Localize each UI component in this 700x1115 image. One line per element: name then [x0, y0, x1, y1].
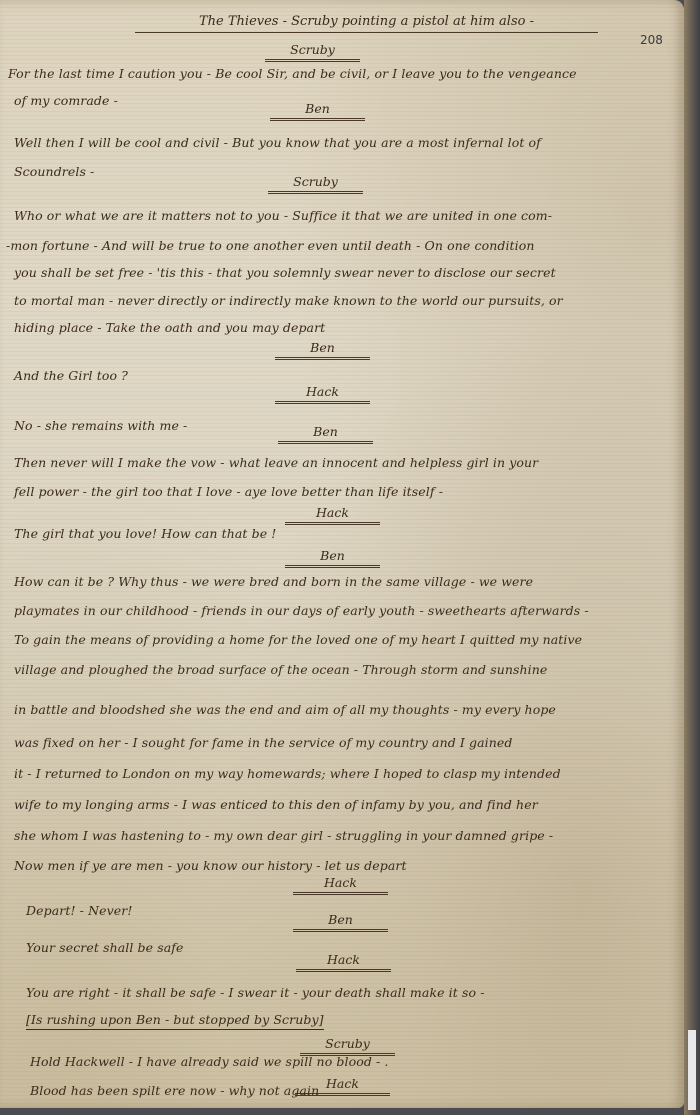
dialogue-line: Your secret shall be safe [26, 940, 184, 955]
dialogue-line: To gain the means of providing a home fo… [14, 632, 582, 647]
dialogue-line: Now men if ye are men - you know our his… [14, 858, 407, 873]
book-edge [684, 0, 700, 1115]
speaker-label: Scruby [300, 1036, 395, 1056]
dialogue-line: she whom I was hastening to - my own dea… [14, 828, 553, 843]
dialogue-line: No - she remains with me - [14, 418, 187, 433]
dialogue-line: Hold Hackwell - I have already said we s… [30, 1054, 389, 1069]
dialogue-line: How can it be ? Why thus - we were bred … [14, 574, 533, 589]
speaker-label: Hack [293, 875, 388, 895]
speaker-label: Hack [296, 952, 391, 972]
dialogue-line: in battle and bloodshed she was the end … [14, 702, 556, 717]
dialogue-line: village and ploughed the broad surface o… [14, 662, 547, 677]
dialogue-line: to mortal man - never directly or indire… [14, 293, 563, 308]
speaker-label: Ben [293, 912, 388, 932]
speaker-label: Scruby [268, 174, 363, 194]
speaker-label: Ben [278, 424, 373, 444]
dialogue-line: hiding place - Take the oath and you may… [14, 320, 325, 335]
dialogue-line: playmates in our childhood - friends in … [14, 603, 589, 618]
dialogue-line: -mon fortune - And will be true to one a… [6, 238, 535, 253]
page-tab-strip [688, 1030, 696, 1110]
dialogue-line: Depart! - Never! [26, 903, 132, 918]
dialogue-line: it - I returned to London on my way home… [14, 766, 561, 781]
speaker-label: Ben [270, 101, 365, 121]
dialogue-line: Then never will I make the vow - what le… [14, 455, 538, 470]
speaker-label: Scruby [265, 42, 360, 62]
dialogue-line: And the Girl too ? [14, 368, 128, 383]
dialogue-line: of my comrade - [14, 93, 118, 108]
dialogue-line: was fixed on her - I sought for fame in … [14, 735, 513, 750]
speaker-label: Ben [285, 548, 380, 568]
dialogue-line: For the last time I caution you - Be coo… [8, 66, 577, 81]
stage-direction: [Is rushing upon Ben - but stopped by Sc… [26, 1012, 324, 1030]
dialogue-line: Blood has been spilt ere now - why not a… [30, 1083, 319, 1098]
dialogue-line: Scoundrels - [14, 164, 94, 179]
page-number: 208 [640, 33, 663, 47]
speaker-label: Hack [275, 384, 370, 404]
dialogue-line: fell power - the girl too that I love - … [14, 484, 443, 499]
page-title: The Thieves - Scruby pointing a pistol a… [135, 14, 598, 33]
dialogue-line: you shall be set free - 'tis this - that… [14, 265, 556, 280]
dialogue-line: The girl that you love! How can that be … [14, 526, 276, 541]
speaker-label: Ben [275, 340, 370, 360]
dialogue-line: Well then I will be cool and civil - But… [14, 135, 541, 150]
speaker-label: Hack [285, 505, 380, 525]
dialogue-line: wife to my longing arms - I was enticed … [14, 797, 538, 812]
dialogue-line: Who or what we are it matters not to you… [14, 208, 552, 223]
manuscript-page: The Thieves - Scruby pointing a pistol a… [0, 0, 684, 1108]
dialogue-line: You are right - it shall be safe - I swe… [26, 985, 485, 1000]
